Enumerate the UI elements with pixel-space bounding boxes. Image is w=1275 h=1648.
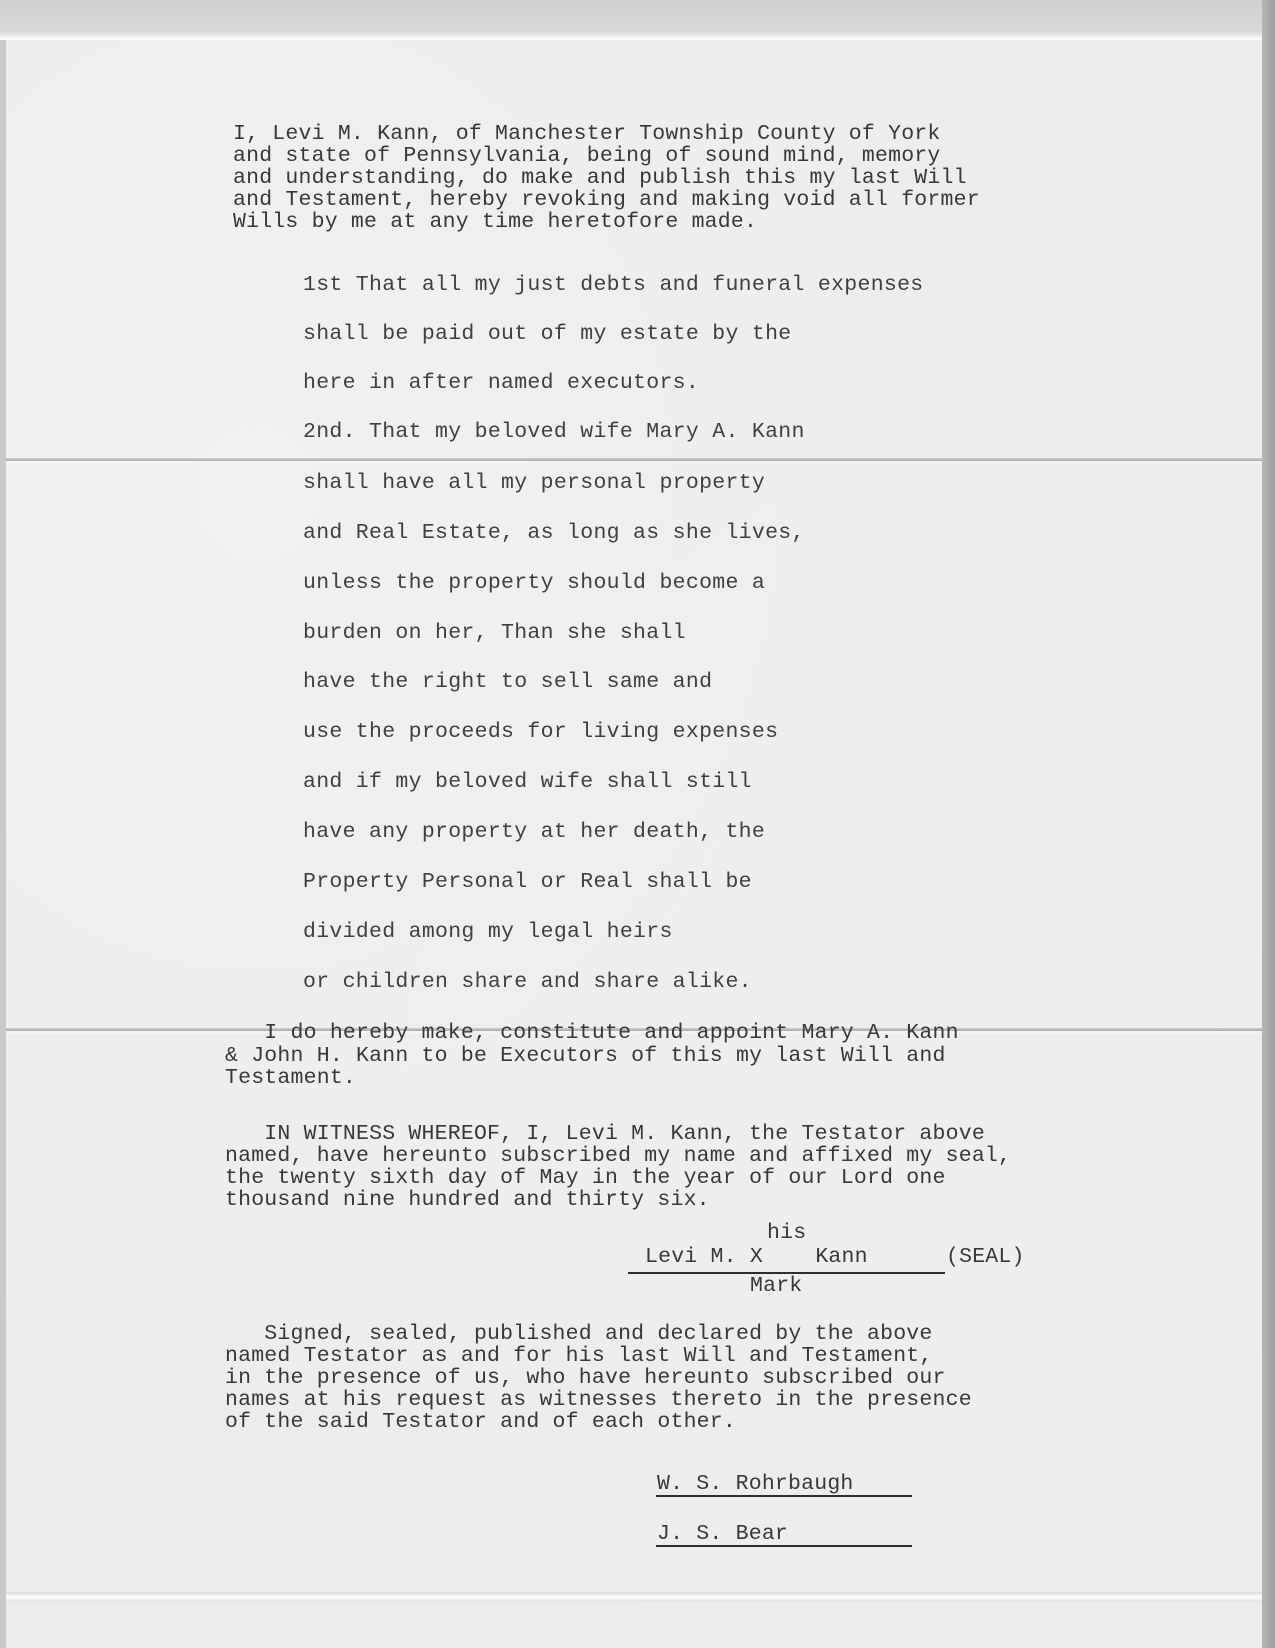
signature-his-label: his (767, 1223, 806, 1244)
preamble-line: Wills by me at any time heretofore made. (233, 212, 757, 233)
executors-line: I do hereby make, constitute and appoint… (225, 1023, 959, 1044)
seal-label: (SEAL) (946, 1247, 1025, 1268)
attestation-line: names at his request as witnesses theret… (225, 1390, 972, 1411)
clause-line: and if my beloved wife shall still (303, 770, 752, 794)
clause-line: and Real Estate, as long as she lives, (303, 521, 805, 545)
clause-line: divided among my legal heirs (303, 920, 673, 944)
executors-line: & John H. Kann to be Executors of this m… (225, 1046, 946, 1067)
clause-line: 2nd. That my beloved wife Mary A. Kann (303, 420, 805, 444)
clause-line: have the right to sell same and (303, 670, 712, 694)
witness-whereof-line: named, have hereunto subscribed my name … (225, 1146, 1011, 1167)
witness-signature-line (656, 1545, 912, 1547)
clause-line: unless the property should become a (303, 571, 765, 595)
witness-name: W. S. Rohrbaugh (657, 1474, 854, 1495)
preamble-line: I, Levi M. Kann, of Manchester Township … (233, 124, 941, 145)
clause-line: 1st That all my just debts and funeral e… (303, 273, 924, 297)
attestation-line: Signed, sealed, published and declared b… (225, 1324, 933, 1345)
clause-line: have any property at her death, the (303, 820, 765, 844)
clause-line: Property Personal or Real shall be (303, 870, 752, 894)
scan-right-edge (1262, 0, 1275, 1648)
attestation-line: of the said Testator and of each other. (225, 1412, 736, 1433)
signature-mark-label: Mark (750, 1276, 802, 1297)
witness-whereof-line: thousand nine hundred and thirty six. (225, 1190, 710, 1211)
attestation-line: in the presence of us, who have hereunto… (225, 1368, 946, 1389)
clause-line: shall be paid out of my estate by the (303, 322, 791, 346)
paper-fold-crease (6, 458, 1262, 464)
witness-whereof-line: the twenty sixth day of May in the year … (225, 1168, 946, 1189)
paper-fold-crease (6, 1592, 1262, 1602)
clause-line: use the proceeds for living expenses (303, 720, 778, 744)
preamble-line: and state of Pennsylvania, being of soun… (233, 146, 941, 167)
testator-name: Levi M. X Kann (645, 1247, 868, 1268)
preamble-line: and understanding, do make and publish t… (233, 168, 967, 189)
scan-top-edge (0, 0, 1275, 40)
clause-line: or children share and share alike. (303, 970, 752, 994)
witness-signature-line (656, 1495, 912, 1497)
witness-whereof-line: IN WITNESS WHEREOF, I, Levi M. Kann, the… (225, 1124, 985, 1145)
clause-line: burden on her, Than she shall (303, 621, 686, 645)
attestation-line: named Testator as and for his last Will … (225, 1346, 933, 1367)
preamble-line: and Testament, hereby revoking and makin… (233, 190, 980, 211)
witness-name: J. S. Bear (657, 1524, 788, 1545)
clause-line: here in after named executors. (303, 371, 699, 395)
clause-line: shall have all my personal property (303, 471, 765, 495)
executors-line: Testament. (225, 1068, 356, 1089)
